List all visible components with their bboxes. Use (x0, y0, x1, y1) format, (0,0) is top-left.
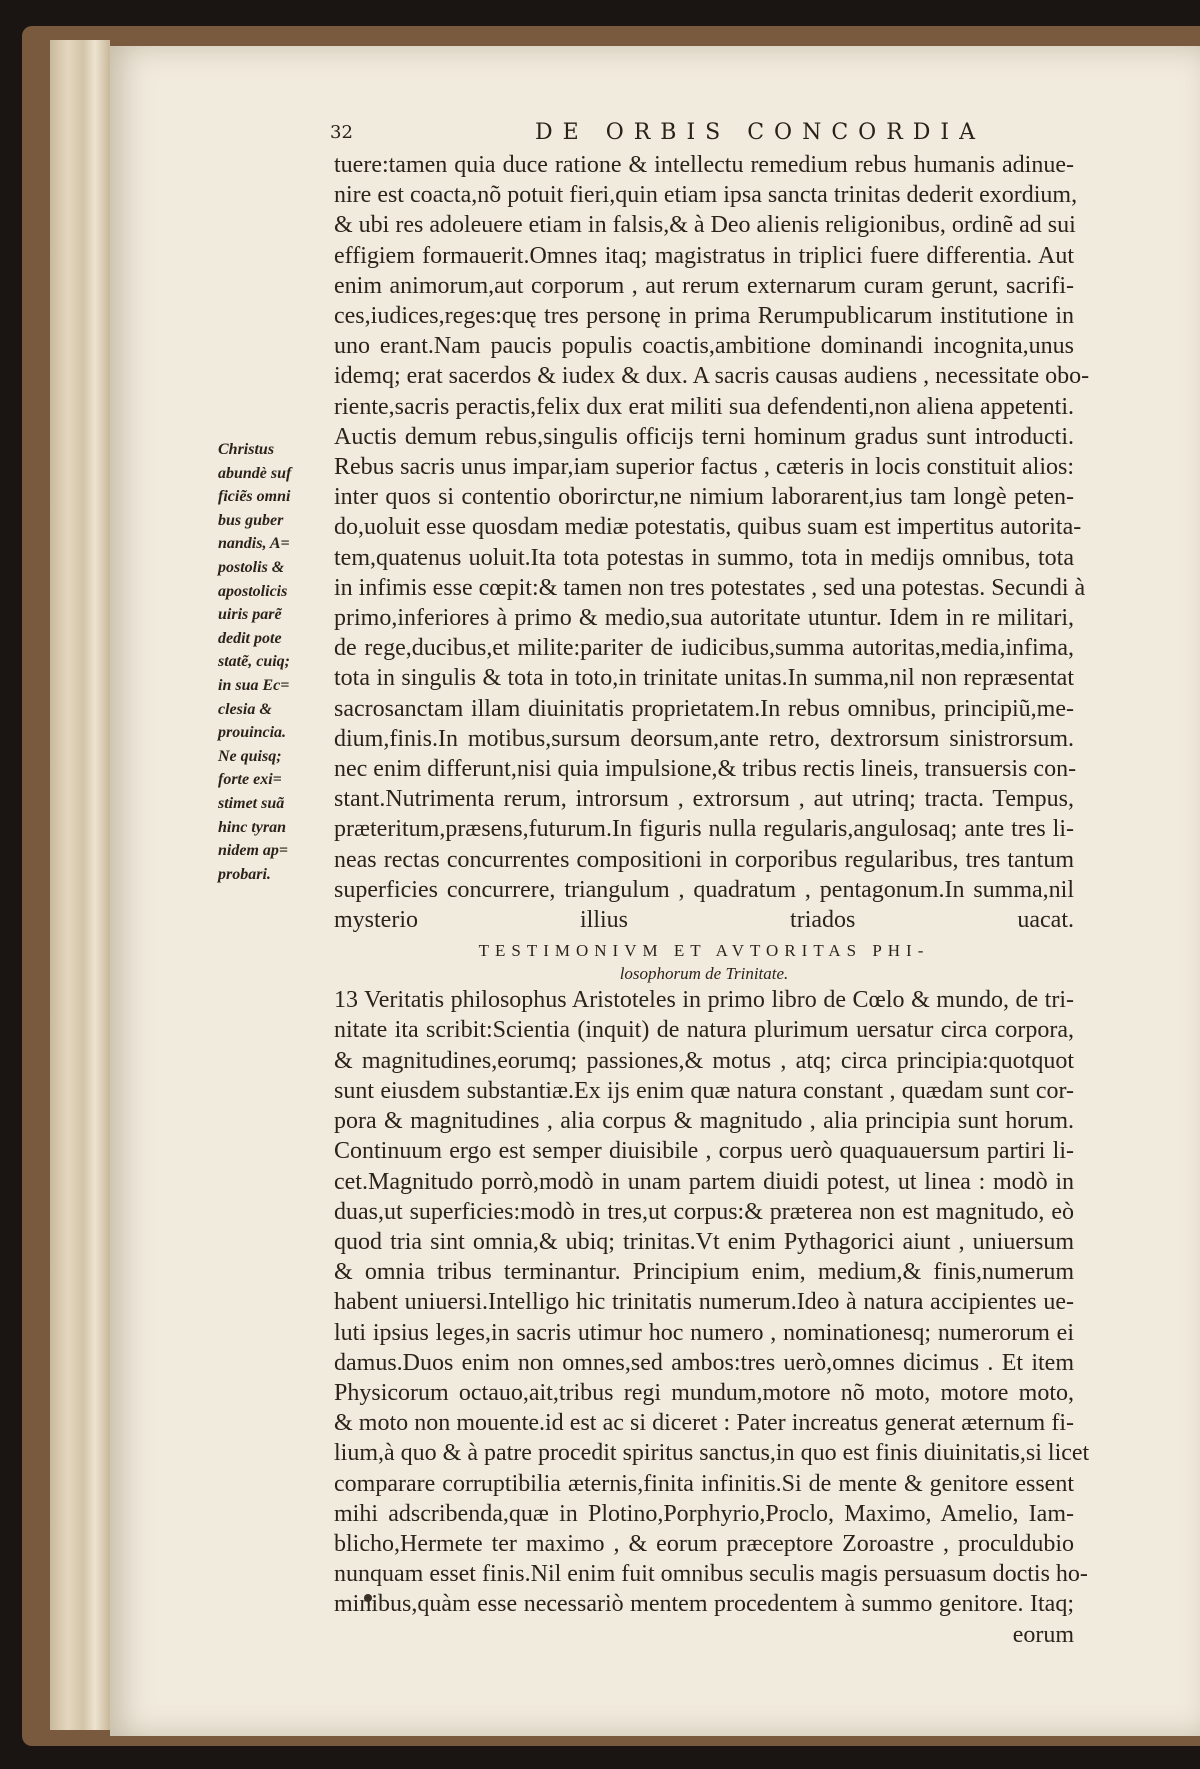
text-line: riente,sacris peractis,felix dux erat mi… (334, 392, 1074, 422)
text-line: Rebus sacris unus impar,iam superior fac… (334, 452, 1074, 482)
text-line: tuere:tamen quia duce ratione & intellec… (334, 150, 1074, 180)
text-line: mihi adscribenda,quæ in Plotino,Porphyri… (334, 1499, 1074, 1529)
main-text: tuere:tamen quia duce ratione & intellec… (334, 150, 1074, 1650)
text-line: nunquam esset finis.Nil enim fuit omnibu… (334, 1559, 1074, 1589)
text-line: præteritum,præsens,futurum.In figuris nu… (334, 814, 1074, 844)
text-line: postolis & (218, 556, 318, 580)
text-line: tem,quatenus uoluit.Ita tota potestas in… (334, 543, 1074, 573)
text-line: mysterio illius triados uacat. (334, 905, 1074, 935)
text-line: inter quos si contentio oborirctur,ne ni… (334, 482, 1074, 512)
text-line: uno erant.Nam paucis populis coactis,amb… (334, 331, 1074, 361)
text-line: hinc tyran (218, 816, 318, 840)
text-line: in sua Ec= (218, 674, 318, 698)
text-line: bus guber (218, 509, 318, 533)
text-line: dium,finis.In motibus,sursum deorsum,ant… (334, 724, 1074, 754)
text-line: duas,ut superficies:modò in tres,ut corp… (334, 1197, 1074, 1227)
text-line: stimet suã (218, 792, 318, 816)
text-line: abundè suf (218, 462, 318, 486)
text-line: 13 Veritatis philosophus Aristoteles in … (334, 985, 1074, 1015)
text-line: primo,inferiores à primo & medio,sua aut… (334, 603, 1074, 633)
page-edges (50, 40, 110, 1730)
catchword: eorum (334, 1620, 1074, 1650)
text-line: nec enim differunt,nisi quia impulsione,… (334, 754, 1074, 784)
text-line: cet.Magnitudo porrò,modò in unam partem … (334, 1167, 1074, 1197)
text-line: Physicorum octauo,ait,tribus regi mundum… (334, 1378, 1074, 1408)
text-line: habent uniuersi.Intelligo hic trinitatis… (334, 1287, 1074, 1317)
text-line: & ubi res adoleuere etiam in falsis,& à … (334, 210, 1074, 240)
paragraph-2: 13 Veritatis philosophus Aristoteles in … (334, 985, 1074, 1619)
text-line: probari. (218, 863, 318, 887)
text-line: & omnia tribus terminantur. Principium e… (334, 1257, 1074, 1287)
text-line: nire est coacta,nõ potuit fieri,quin eti… (334, 180, 1074, 210)
text-line: de rege,ducibus,et milite:pariter de iud… (334, 633, 1074, 663)
text-line: luti ipsius leges,in sacris utimur hoc n… (334, 1318, 1074, 1348)
text-line: nandis, A= (218, 532, 318, 556)
text-line: effigiem formauerit.Omnes itaq; magistra… (334, 241, 1074, 271)
section-subheading: losophorum de Trinitate. (334, 963, 1074, 985)
ink-spot (364, 1594, 372, 1602)
margin-note: Christusabundè sufficiẽs omnibus guberna… (218, 438, 318, 886)
text-line: superficies concurrere, triangulum , qua… (334, 875, 1074, 905)
text-line: stant.Nutrimenta rerum, introrsum , extr… (334, 784, 1074, 814)
text-line: enim animorum,aut corporum , aut rerum e… (334, 271, 1074, 301)
text-line: idemq; erat sacerdos & iudex & dux. A sa… (334, 361, 1074, 391)
text-line: ficiẽs omni (218, 485, 318, 509)
text-line: & magnitudines,eorumq; passiones,& motus… (334, 1046, 1074, 1076)
text-line: damus.Duos enim non omnes,sed ambos:tres… (334, 1348, 1074, 1378)
text-line: nidem ap= (218, 839, 318, 863)
text-line: & moto non mouente.id est ac si diceret … (334, 1408, 1074, 1438)
text-line: clesia & (218, 698, 318, 722)
page-number: 32 (330, 122, 353, 143)
text-line: minibus,quàm esse necessariò mentem proc… (334, 1589, 1074, 1619)
text-line: statẽ, cuiq; (218, 650, 318, 674)
text-line: uiris parẽ (218, 603, 318, 627)
text-line: sacrosanctam illam diuinitatis proprieta… (334, 694, 1074, 724)
text-line: dedit pote (218, 627, 318, 651)
text-line: comparare corruptibilia æternis,finita i… (334, 1469, 1074, 1499)
paragraph-1: tuere:tamen quia duce ratione & intellec… (334, 150, 1074, 935)
text-line: quod tria sint omnia,& ubiq; trinitas.Vt… (334, 1227, 1074, 1257)
text-line: forte exi= (218, 768, 318, 792)
text-line: ces,iudices,reges:quę tres personę in pr… (334, 301, 1074, 331)
text-line: Continuum ergo est semper diuisibile , c… (334, 1136, 1074, 1166)
text-line: lium,à quo & à patre procedit spiritus s… (334, 1438, 1074, 1468)
section-heading: TESTIMONIVM ET AVTORITAS PHI- (334, 939, 1074, 963)
text-line: pora & magnitudines , alia corpus & magn… (334, 1106, 1074, 1136)
text-line: neas rectas concurrentes compositioni in… (334, 845, 1074, 875)
text-line: blicho,Hermete ter maximo , & eorum præc… (334, 1529, 1074, 1559)
text-line: in infimis esse cœpit:& tamen non tres p… (334, 573, 1074, 603)
text-line: tota in singulis & tota in toto,in trini… (334, 663, 1074, 693)
text-line: apostolicis (218, 580, 318, 604)
text-line: Auctis demum rebus,singulis officijs ter… (334, 422, 1074, 452)
text-line: prouincia. (218, 721, 318, 745)
text-line: do,uoluit esse quosdam mediæ potestatis,… (334, 512, 1074, 542)
text-line: nitate ita scribit:Scientia (inquit) de … (334, 1015, 1074, 1045)
text-line: Ne quisq; (218, 745, 318, 769)
text-line: sunt eiusdem substantiæ.Ex ijs enim quæ … (334, 1076, 1074, 1106)
text-line: Christus (218, 438, 318, 462)
running-title: DE ORBIS CONCORDIA (535, 120, 985, 145)
